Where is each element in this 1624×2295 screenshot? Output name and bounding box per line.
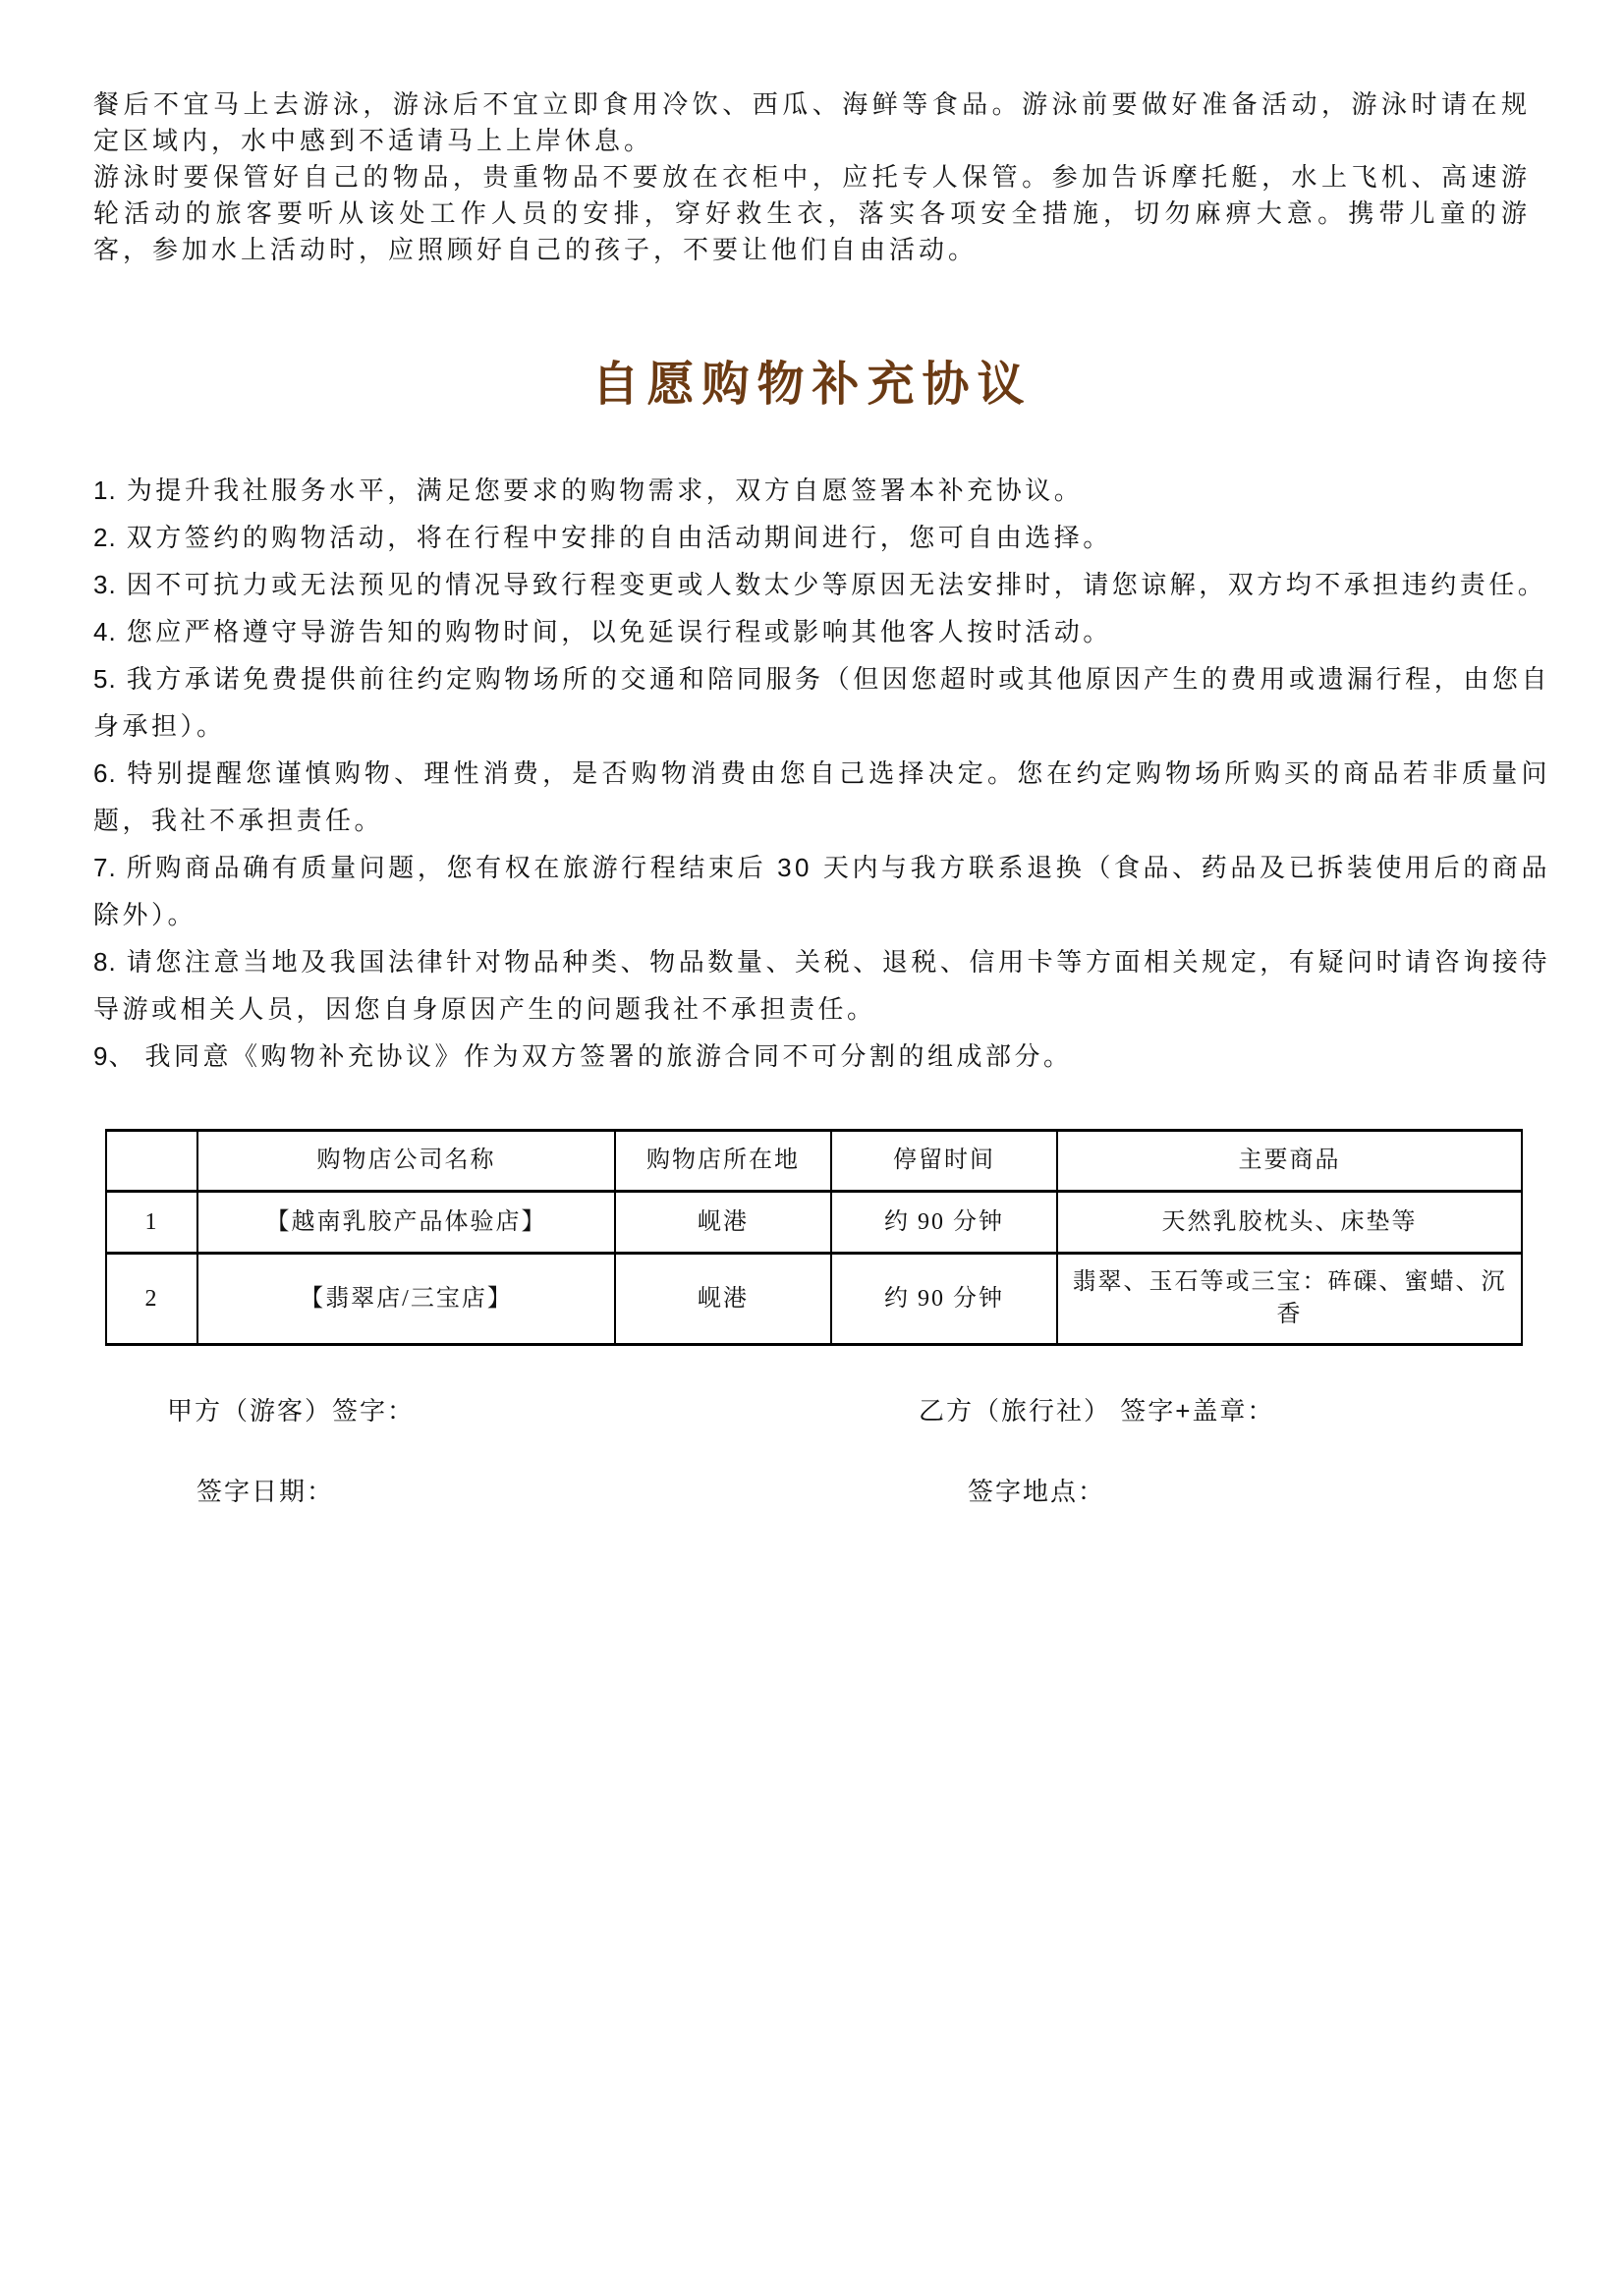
swimming-safety-paragraph: 游泳时要保管好自己的物品，贵重物品不要放在衣柜中，应托专人保管。参加告诉摩托艇，… (93, 159, 1531, 268)
signature-line-date-place: 签字日期： 签字地点： (93, 1472, 1531, 1511)
item-text: 请您注意当地及我国法律针对物品种类、物品数量、关税、退税、信用卡等方面相关规定，… (93, 947, 1550, 1024)
agreement-item: 9、我同意《购物补充协议》作为双方签署的旅游合同不可分割的组成部分。 (93, 1033, 1550, 1080)
cell-store-name: 【翡翠店/三宝店】 (197, 1254, 615, 1345)
cell-store-location: 岘港 (615, 1254, 831, 1345)
agreement-item: 8.请您注意当地及我国法律针对物品种类、物品数量、关税、退税、信用卡等方面相关规… (93, 938, 1550, 1033)
table-header-row: 购物店公司名称 购物店所在地 停留时间 主要商品 (106, 1131, 1522, 1192)
agreement-item: 5.我方承诺免费提供前往约定购物场所的交通和陪同服务（但因您超时或其他原因产生的… (93, 655, 1550, 750)
cell-main-goods: 天然乳胶枕头、床垫等 (1057, 1192, 1522, 1254)
agreement-item: 4.您应严格遵守导游告知的购物时间，以免延误行程或影响其他客人按时活动。 (93, 608, 1550, 655)
cell-index: 1 (106, 1192, 197, 1254)
item-text: 我同意《购物补充协议》作为双方签署的旅游合同不可分割的组成部分。 (144, 1041, 1072, 1071)
header-store-location: 购物店所在地 (615, 1131, 831, 1192)
agreement-item: 2.双方签约的购物活动，将在行程中安排的自由活动期间进行，您可自由选择。 (93, 514, 1550, 561)
item-number: 5. (93, 664, 127, 694)
cell-store-location: 岘港 (615, 1192, 831, 1254)
agreement-clauses: 1.为提升我社服务水平，满足您要求的购物需求，双方自愿签署本补充协议。 2.双方… (93, 467, 1550, 1080)
swimming-food-paragraph: 餐后不宜马上去游泳，游泳后不宜立即食用冷饮、西瓜、海鲜等食品。游泳前要做好准备活… (93, 86, 1531, 159)
item-text: 双方签约的购物活动，将在行程中安排的自由活动期间进行，您可自由选择。 (127, 523, 1112, 552)
header-stay-time: 停留时间 (831, 1131, 1057, 1192)
item-text: 特别提醒您谨慎购物、理性消费，是否购物消费由您自己选择决定。您在约定购物场所购买… (93, 758, 1550, 835)
document-page: 餐后不宜马上去游泳，游泳后不宜立即食用冷饮、西瓜、海鲜等食品。游泳前要做好准备活… (0, 0, 1624, 2295)
agreement-item: 1.为提升我社服务水平，满足您要求的购物需求，双方自愿签署本补充协议。 (93, 467, 1550, 514)
cell-stay-time: 约 90 分钟 (831, 1192, 1057, 1254)
table-row: 2 【翡翠店/三宝店】 岘港 约 90 分钟 翡翠、玉石等或三宝：砗磲、蜜蜡、沉… (106, 1254, 1522, 1345)
header-main-goods: 主要商品 (1057, 1131, 1522, 1192)
table-row: 1 【越南乳胶产品体验店】 岘港 约 90 分钟 天然乳胶枕头、床垫等 (106, 1192, 1522, 1254)
cell-main-goods: 翡翠、玉石等或三宝：砗磲、蜜蜡、沉香 (1057, 1254, 1522, 1345)
document-content: 餐后不宜马上去游泳，游泳后不宜立即食用冷饮、西瓜、海鲜等食品。游泳前要做好准备活… (0, 0, 1624, 1511)
page-title: 自愿购物补充协议 (93, 357, 1531, 414)
item-text: 为提升我社服务水平，满足您要求的购物需求，双方自愿签署本补充协议。 (127, 476, 1084, 505)
cell-index: 2 (106, 1254, 197, 1345)
item-number: 4. (93, 617, 127, 646)
signature-line-parties: 甲方（游客）签字： 乙方（旅行社） 签字+盖章： (93, 1391, 1531, 1430)
item-text: 您应严格遵守导游告知的购物时间，以免延误行程或影响其他客人按时活动。 (127, 617, 1112, 646)
agreement-item: 6.特别提醒您谨慎购物、理性消费，是否购物消费由您自己选择决定。您在约定购物场所… (93, 750, 1550, 844)
cell-stay-time: 约 90 分钟 (831, 1254, 1057, 1345)
signature-place-label: 签字地点： (968, 1472, 1105, 1508)
cell-store-name: 【越南乳胶产品体验店】 (197, 1192, 615, 1254)
header-store-name: 购物店公司名称 (197, 1131, 615, 1192)
swimming-notice-section: 餐后不宜马上去游泳，游泳后不宜立即食用冷饮、西瓜、海鲜等食品。游泳前要做好准备活… (93, 86, 1531, 268)
agreement-item: 7.所购商品确有质量问题，您有权在旅游行程结束后 30 天内与我方联系退换（食品… (93, 844, 1550, 938)
item-number: 2. (93, 523, 127, 552)
agreement-item: 3.因不可抗力或无法预见的情况导致行程变更或人数太少等原因无法安排时，请您谅解，… (93, 561, 1550, 608)
party-a-signature-label: 甲方（游客）签字： (167, 1391, 415, 1427)
item-number: 6. (93, 758, 127, 788)
item-number: 3. (93, 570, 127, 599)
item-text: 我方承诺免费提供前往约定购物场所的交通和陪同服务（但因您超时或其他原因产生的费用… (93, 664, 1550, 741)
item-number: 8. (93, 947, 127, 977)
header-index (106, 1131, 197, 1192)
item-text: 因不可抗力或无法预见的情况导致行程变更或人数太少等原因无法安排时，请您谅解，双方… (127, 570, 1547, 599)
party-b-signature-label: 乙方（旅行社） 签字+盖章： (919, 1391, 1274, 1427)
item-number: 1. (93, 476, 127, 505)
signature-date-label: 签字日期： (196, 1472, 334, 1508)
item-number: 9、 (93, 1041, 144, 1071)
shopping-stores-table: 购物店公司名称 购物店所在地 停留时间 主要商品 1 【越南乳胶产品体验店】 岘… (105, 1129, 1523, 1346)
item-number: 7. (93, 853, 127, 882)
item-text: 所购商品确有质量问题，您有权在旅游行程结束后 30 天内与我方联系退换（食品、药… (93, 853, 1550, 929)
